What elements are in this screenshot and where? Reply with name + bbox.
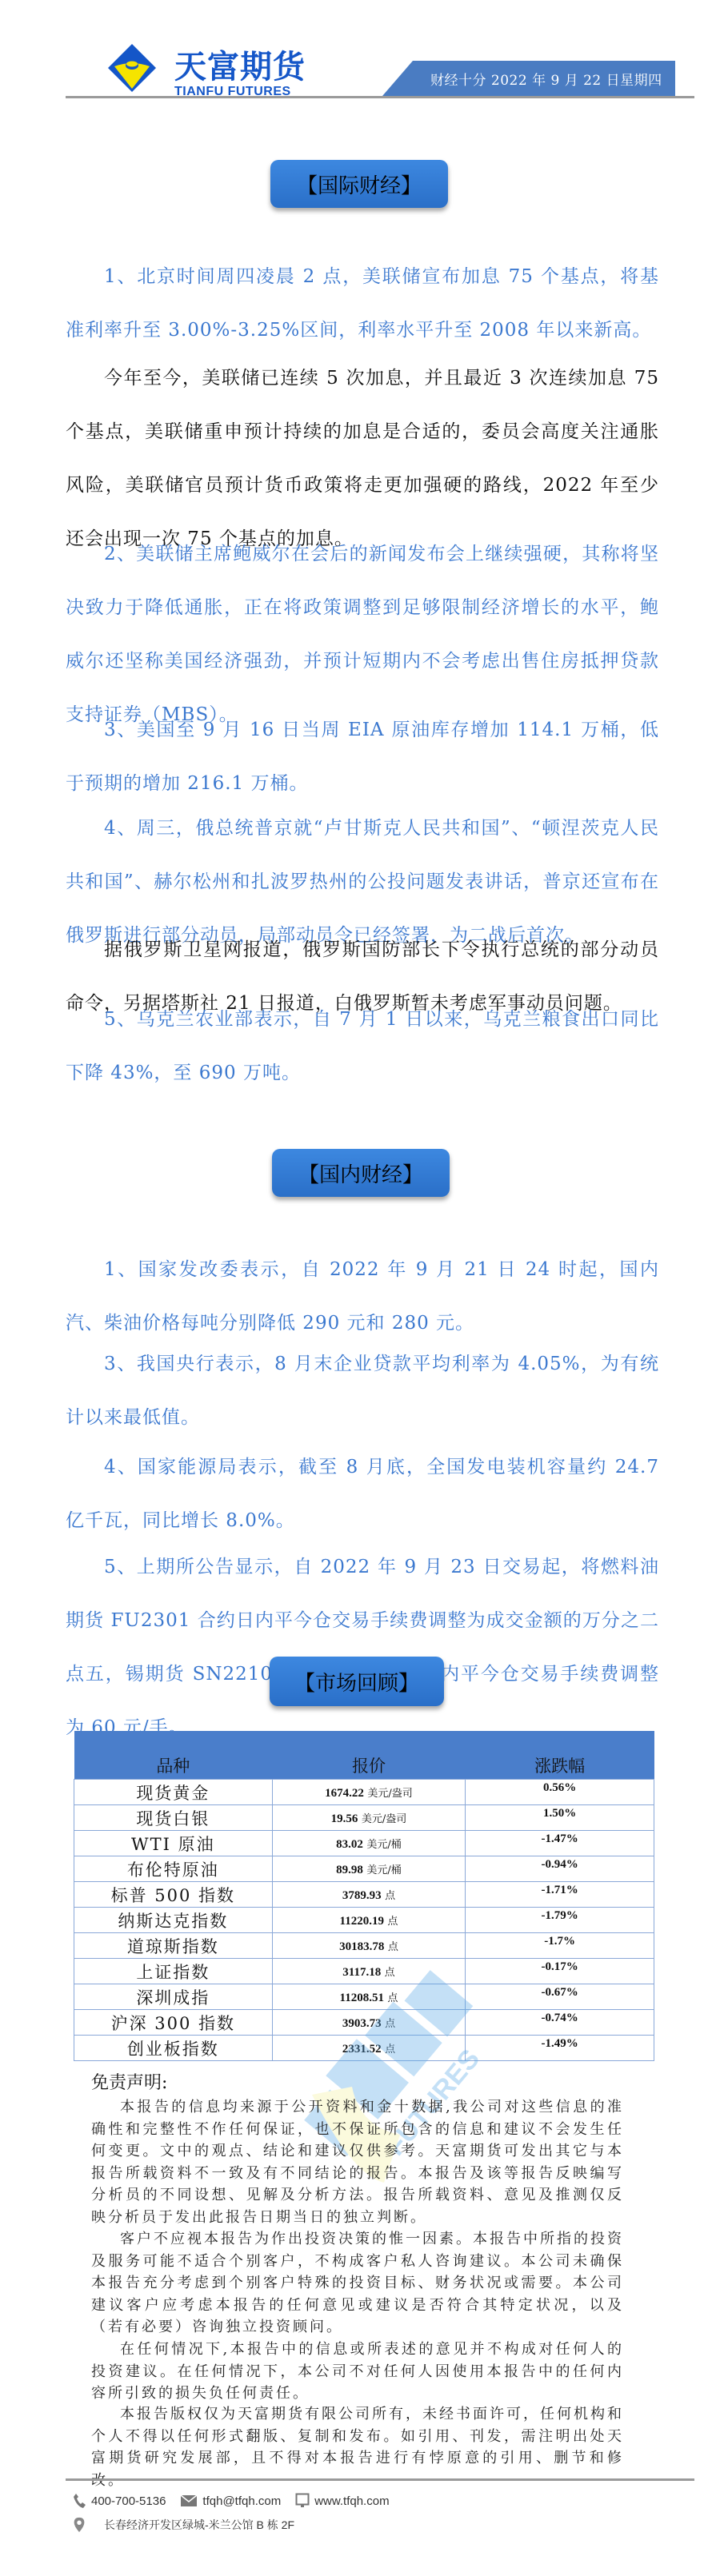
change-cell: -0.17% bbox=[466, 1959, 654, 1984]
table-row: 标普 500 指数 3789.93 点 -1.71% bbox=[74, 1882, 654, 1908]
domestic-news-5: 5、上期所公告显示，自 2022 年 9 月 23 日交易起，将燃料油期货 FU… bbox=[66, 1541, 659, 1755]
table-row: 上证指数 3117.18 点 -0.17% bbox=[74, 1959, 654, 1984]
variety-cell: 布伦特原油 bbox=[74, 1856, 273, 1882]
disclaimer-paragraph-2: 客户不应视本报告为作出投资决策的惟一因素。本报告中所指的投资及服务可能不适合个别… bbox=[91, 2228, 624, 2339]
monitor-icon bbox=[295, 2493, 310, 2509]
logo-icon bbox=[108, 44, 156, 92]
section-title-market: 【市场回顾】 bbox=[270, 1657, 444, 1706]
footer-website: www.tfqh.com bbox=[295, 2493, 389, 2509]
brand-name-cn: 天富期货 bbox=[174, 50, 306, 85]
section-title-domestic: 【国内财经】 bbox=[272, 1149, 450, 1197]
report-date: 财经十分 2022 年 9 月 22 日星期四 bbox=[430, 69, 662, 89]
change-cell: 0.56% bbox=[466, 1780, 654, 1805]
price-cell: 11208.51 点 bbox=[272, 1984, 466, 2010]
intl-news-3: 3、美国至 9 月 16 日当周 EIA 原油库存增加 114.1 万桶，低于预… bbox=[66, 704, 659, 811]
change-cell: -0.67% bbox=[466, 1984, 654, 2010]
header-divider bbox=[66, 96, 694, 98]
footer-contacts: 400-700-5136 tfqh@tfqh.com www.tfqh.com bbox=[72, 2493, 404, 2509]
phone-number: 400-700-5136 bbox=[91, 2494, 166, 2508]
email-icon bbox=[180, 2493, 198, 2509]
location-pin-icon bbox=[72, 2517, 86, 2533]
table-header-row: 品种 报价 涨跌幅 bbox=[74, 1731, 654, 1780]
variety-cell: 道琼斯指数 bbox=[74, 1933, 273, 1959]
variety-cell: 纳斯达克指数 bbox=[74, 1908, 273, 1933]
change-cell: -1.71% bbox=[466, 1882, 654, 1908]
email-address[interactable]: tfqh@tfqh.com bbox=[202, 2494, 281, 2508]
table-row: 纳斯达克指数 11220.19 点 -1.79% bbox=[74, 1908, 654, 1933]
footer-email: tfqh@tfqh.com bbox=[180, 2493, 281, 2509]
variety-cell: 上证指数 bbox=[74, 1959, 273, 1984]
price-cell: 3117.18 点 bbox=[272, 1959, 466, 1984]
domestic-news-4: 4、国家能源局表示，截至 8 月底，全国发电装机容量约 24.7 亿千瓦，同比增… bbox=[66, 1441, 659, 1548]
market-review-table: 品种 报价 涨跌幅 现货黄金 1674.22 美元/盎司 0.56% 现货白银 … bbox=[74, 1731, 654, 2061]
change-cell: -1.79% bbox=[466, 1908, 654, 1933]
domestic-news-3: 3、我国央行表示，8 月末企业贷款平均利率为 4.05%，为有统计以来最低值。 bbox=[66, 1338, 659, 1445]
disclaimer-paragraph-1: 本报告的信息均来源于公开资料和金十数据,我公司对这些信息的准确性和完整性不作任何… bbox=[91, 2096, 624, 2228]
website-link[interactable]: www.tfqh.com bbox=[314, 2494, 389, 2508]
table-row: 道琼斯指数 30183.78 点 -1.7% bbox=[74, 1933, 654, 1959]
price-cell: 3903.73 点 bbox=[272, 2010, 466, 2036]
variety-cell: 现货白银 bbox=[74, 1805, 273, 1831]
table-row: 沪深 300 指数 3903.73 点 -0.74% bbox=[74, 2010, 654, 2036]
price-cell: 19.56 美元/盎司 bbox=[272, 1805, 466, 1831]
variety-cell: 现货黄金 bbox=[74, 1780, 273, 1805]
table-row: 创业板指数 2331.52 点 -1.49% bbox=[74, 2036, 654, 2061]
column-header-variety: 品种 bbox=[74, 1731, 273, 1780]
disclaimer-title: 免责声明: bbox=[91, 2069, 167, 2094]
domestic-news-1: 1、国家发改委表示，自 2022 年 9 月 21 日 24 时起，国内汽、柴油… bbox=[66, 1243, 659, 1350]
price-cell: 30183.78 点 bbox=[272, 1933, 466, 1959]
phone-icon bbox=[72, 2493, 86, 2509]
variety-cell: 沪深 300 指数 bbox=[74, 2010, 273, 2036]
intl-news-1: 1、北京时间周四凌晨 2 点，美联储宣布加息 75 个基点，将基准利率升至 3.… bbox=[66, 250, 659, 357]
table-row: WTI 原油 83.02 美元/桶 -1.47% bbox=[74, 1831, 654, 1856]
intl-news-5: 5、乌克兰农业部表示，自 7 月 1 日以来，乌克兰粮食出口同比下降 43%，至… bbox=[66, 993, 659, 1100]
change-cell: 1.50% bbox=[466, 1805, 654, 1831]
price-cell: 89.98 美元/桶 bbox=[272, 1856, 466, 1882]
change-cell: -0.94% bbox=[466, 1856, 654, 1882]
price-cell: 11220.19 点 bbox=[272, 1908, 466, 1933]
price-cell: 83.02 美元/桶 bbox=[272, 1831, 466, 1856]
column-header-price: 报价 bbox=[272, 1731, 466, 1780]
variety-cell: 创业板指数 bbox=[74, 2036, 273, 2061]
table-row: 现货白银 19.56 美元/盎司 1.50% bbox=[74, 1805, 654, 1831]
column-header-change: 涨跌幅 bbox=[466, 1731, 654, 1780]
footer-divider bbox=[66, 2478, 694, 2481]
variety-cell: 标普 500 指数 bbox=[74, 1882, 273, 1908]
table-row: 现货黄金 1674.22 美元/盎司 0.56% bbox=[74, 1780, 654, 1805]
footer-phone: 400-700-5136 bbox=[72, 2493, 166, 2509]
change-cell: -1.49% bbox=[466, 2036, 654, 2061]
company-address: 长春经济开发区绿城-米兰公馆 B 栋 2F bbox=[104, 2517, 294, 2533]
price-cell: 2331.52 点 bbox=[272, 2036, 466, 2061]
disclaimer-paragraph-3: 在任何情况下,本报告中的信息或所表述的意见并不构成对任何人的投资建议。在任何情况… bbox=[91, 2339, 624, 2405]
price-cell: 3789.93 点 bbox=[272, 1882, 466, 1908]
table-row: 布伦特原油 89.98 美元/桶 -0.94% bbox=[74, 1856, 654, 1882]
variety-cell: 深圳成指 bbox=[74, 1984, 273, 2010]
variety-cell: WTI 原油 bbox=[74, 1831, 273, 1856]
table-row: 深圳成指 11208.51 点 -0.67% bbox=[74, 1984, 654, 2010]
footer-address-line: 长春经济开发区绿城-米兰公馆 B 栋 2F bbox=[72, 2517, 294, 2533]
change-cell: -1.47% bbox=[466, 1831, 654, 1856]
section-title-international: 【国际财经】 bbox=[270, 160, 448, 208]
change-cell: -1.7% bbox=[466, 1933, 654, 1959]
change-cell: -0.74% bbox=[466, 2010, 654, 2036]
price-cell: 1674.22 美元/盎司 bbox=[272, 1780, 466, 1805]
